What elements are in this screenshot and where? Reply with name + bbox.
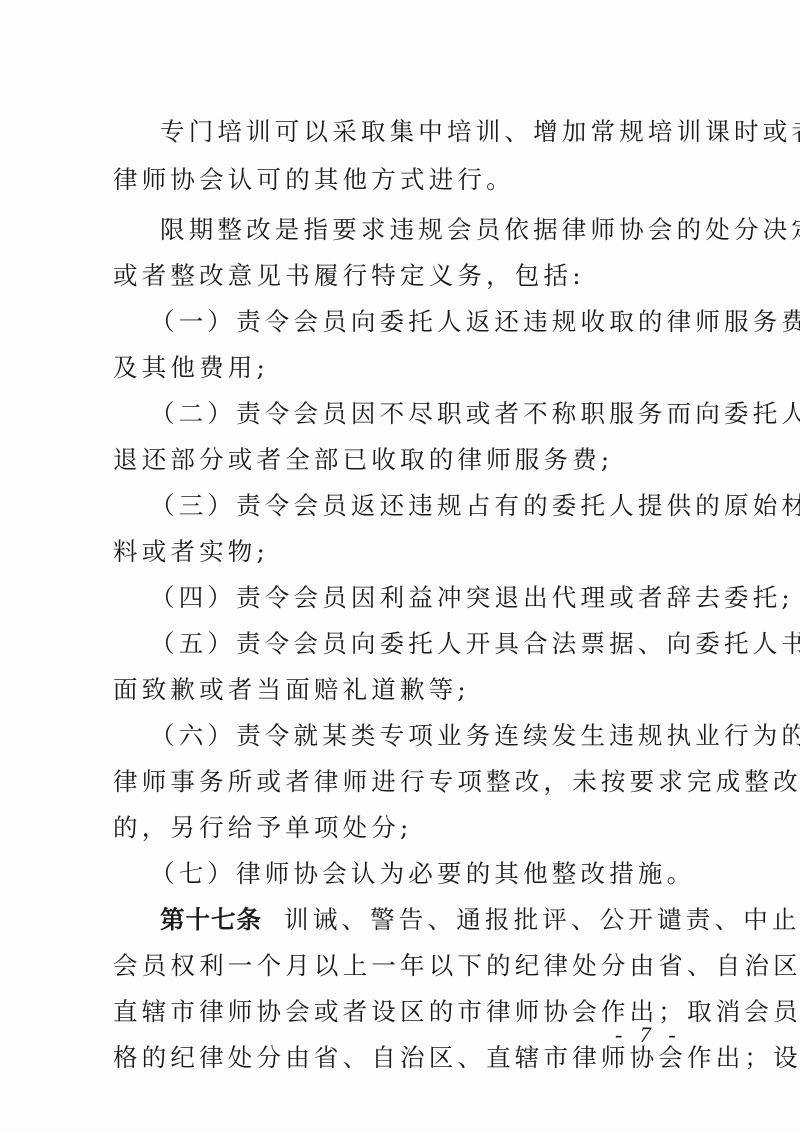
list-item-7: （七）律师协会认为必要的其他整改措施。 xyxy=(150,858,683,890)
text-line: 限期整改是指要求违规会员依据律师协会的处分决定 xyxy=(160,214,693,246)
text-line: 格的纪律处分由省、自治区、直辖市律师协会作出；设区 xyxy=(113,1042,693,1074)
text-line: 料或者实物; xyxy=(113,536,693,568)
text-line: 专门培训可以采取集中培训、增加常规培训课时或者 xyxy=(160,116,693,148)
list-item-4: （四）责令会员因利益冲突退出代理或者辞去委托; xyxy=(150,582,683,614)
text-line: 面致歉或者当面赔礼道歉等; xyxy=(113,674,693,706)
text-line: 的，另行给予单项处分; xyxy=(113,812,693,844)
text-line: 退还部分或者全部已收取的律师服务费; xyxy=(113,444,693,476)
text-line: 律师事务所或者律师进行专项整改，未按要求完成整改 xyxy=(113,766,693,798)
text-line: 或者整改意见书履行特定义务，包括: xyxy=(113,260,693,292)
article-heading: 第十七条 xyxy=(160,905,262,934)
list-item-1: （一）责令会员向委托人返还违规收取的律师服务费 xyxy=(150,306,683,338)
text-line: 律师协会认可的其他方式进行。 xyxy=(113,164,693,196)
list-item-3: （三）责令会员返还违规占有的委托人提供的原始材 xyxy=(150,490,683,522)
document-page: 专门培训可以采取集中培训、增加常规培训课时或者 律师协会认可的其他方式进行。 限… xyxy=(0,0,800,1131)
text-line: 及其他费用; xyxy=(113,352,693,384)
list-item-2: （二）责令会员因不尽职或者不称职服务而向委托人 xyxy=(150,398,683,430)
list-item-5: （五）责令会员向委托人开具合法票据、向委托人书 xyxy=(150,628,683,660)
article-first-line: 第十七条训诫、警告、通报批评、公开谴责、中止 xyxy=(160,904,693,936)
article-text: 训诫、警告、通报批评、公开谴责、中止 xyxy=(284,905,800,934)
text-line: 直辖市律师协会或者设区的市律师协会作出；取消会员资 xyxy=(113,996,693,1028)
page-number: - 7 - xyxy=(615,1022,682,1048)
text-line: 会员权利一个月以上一年以下的纪律处分由省、自治区、 xyxy=(113,950,693,982)
list-item-6: （六）责令就某类专项业务连续发生违规执业行为的 xyxy=(150,720,683,752)
